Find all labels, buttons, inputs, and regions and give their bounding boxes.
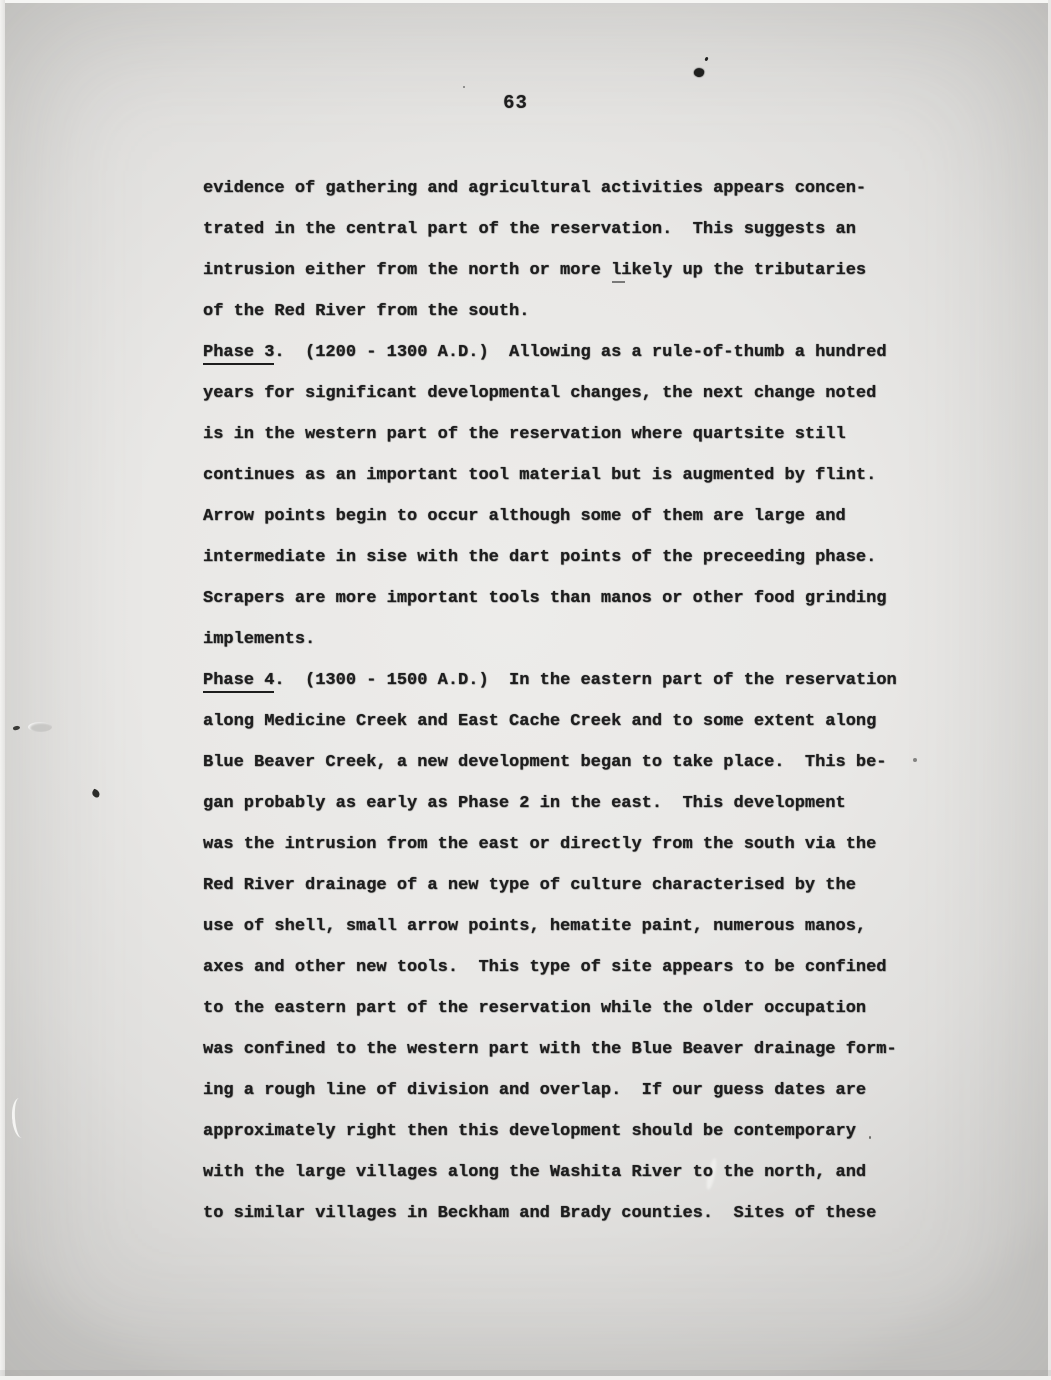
text-line: intermediate in sise with the dart point… xyxy=(203,537,943,578)
phase-heading: Phase 4 xyxy=(203,671,274,693)
scanned-document-page: 63 evidence of gathering and agricultura… xyxy=(0,0,1051,1380)
phase-heading-rest: . (1300 - 1500 A.D.) In the eastern part… xyxy=(274,671,896,690)
text-line: ing a rough line of division and overlap… xyxy=(203,1070,943,1111)
typewritten-text: evidence of gathering and agricultural a… xyxy=(203,168,943,1234)
scan-edge-left xyxy=(0,0,5,1380)
ink-blot xyxy=(693,67,705,79)
text-line: gan probably as early as Phase 2 in the … xyxy=(203,783,943,824)
text-line: Blue Beaver Creek, a new development beg… xyxy=(203,742,943,783)
text-line: to the eastern part of the reservation w… xyxy=(203,988,943,1029)
text-line: use of shell, small arrow points, hemati… xyxy=(203,906,943,947)
text-line: implements. xyxy=(203,619,943,660)
page-number: 63 xyxy=(0,92,1041,114)
scan-edge-bottom xyxy=(0,1376,1051,1380)
text-line: was confined to the western part with th… xyxy=(203,1029,943,1070)
text-line: years for significant developmental chan… xyxy=(203,373,943,414)
text-line: was the intrusion from the east or direc… xyxy=(203,824,943,865)
margin-speck xyxy=(13,725,21,731)
phase-heading-rest: . (1200 - 1300 A.D.) Allowing as a rule-… xyxy=(274,343,886,362)
text-line: Red River drainage of a new type of cult… xyxy=(203,865,943,906)
text-line: Phase 4. (1300 - 1500 A.D.) In the easte… xyxy=(203,660,943,701)
text-line: of the Red River from the south. xyxy=(203,291,943,332)
scan-edge-top xyxy=(0,0,1051,3)
text-line: intrusion either from the north or more … xyxy=(203,250,943,291)
ink-speck xyxy=(704,57,708,62)
text-line: evidence of gathering and agricultural a… xyxy=(203,168,943,209)
paper-speck xyxy=(463,86,465,88)
text-line: along Medicine Creek and East Cache Cree… xyxy=(203,701,943,742)
text-line: approximately right then this developmen… xyxy=(203,1111,943,1152)
paper-blemish xyxy=(28,722,52,732)
text-line: continues as an important tool material … xyxy=(203,455,943,496)
text-line: to similar villages in Beckham and Brady… xyxy=(203,1193,943,1234)
text-line: axes and other new tools. This type of s… xyxy=(203,947,943,988)
text-line: Phase 3. (1200 - 1300 A.D.) Allowing as … xyxy=(203,332,943,373)
text-line: Scrapers are more important tools than m… xyxy=(203,578,943,619)
text-line: with the large villages along the Washit… xyxy=(203,1152,943,1193)
text-line: Arrow points begin to occur although som… xyxy=(203,496,943,537)
paper-scratch xyxy=(11,1097,31,1138)
margin-speck xyxy=(91,788,101,798)
phase-heading: Phase 3 xyxy=(203,343,274,365)
text-line: trated in the central part of the reserv… xyxy=(203,209,943,250)
text-line: is in the western part of the reservatio… xyxy=(203,414,943,455)
